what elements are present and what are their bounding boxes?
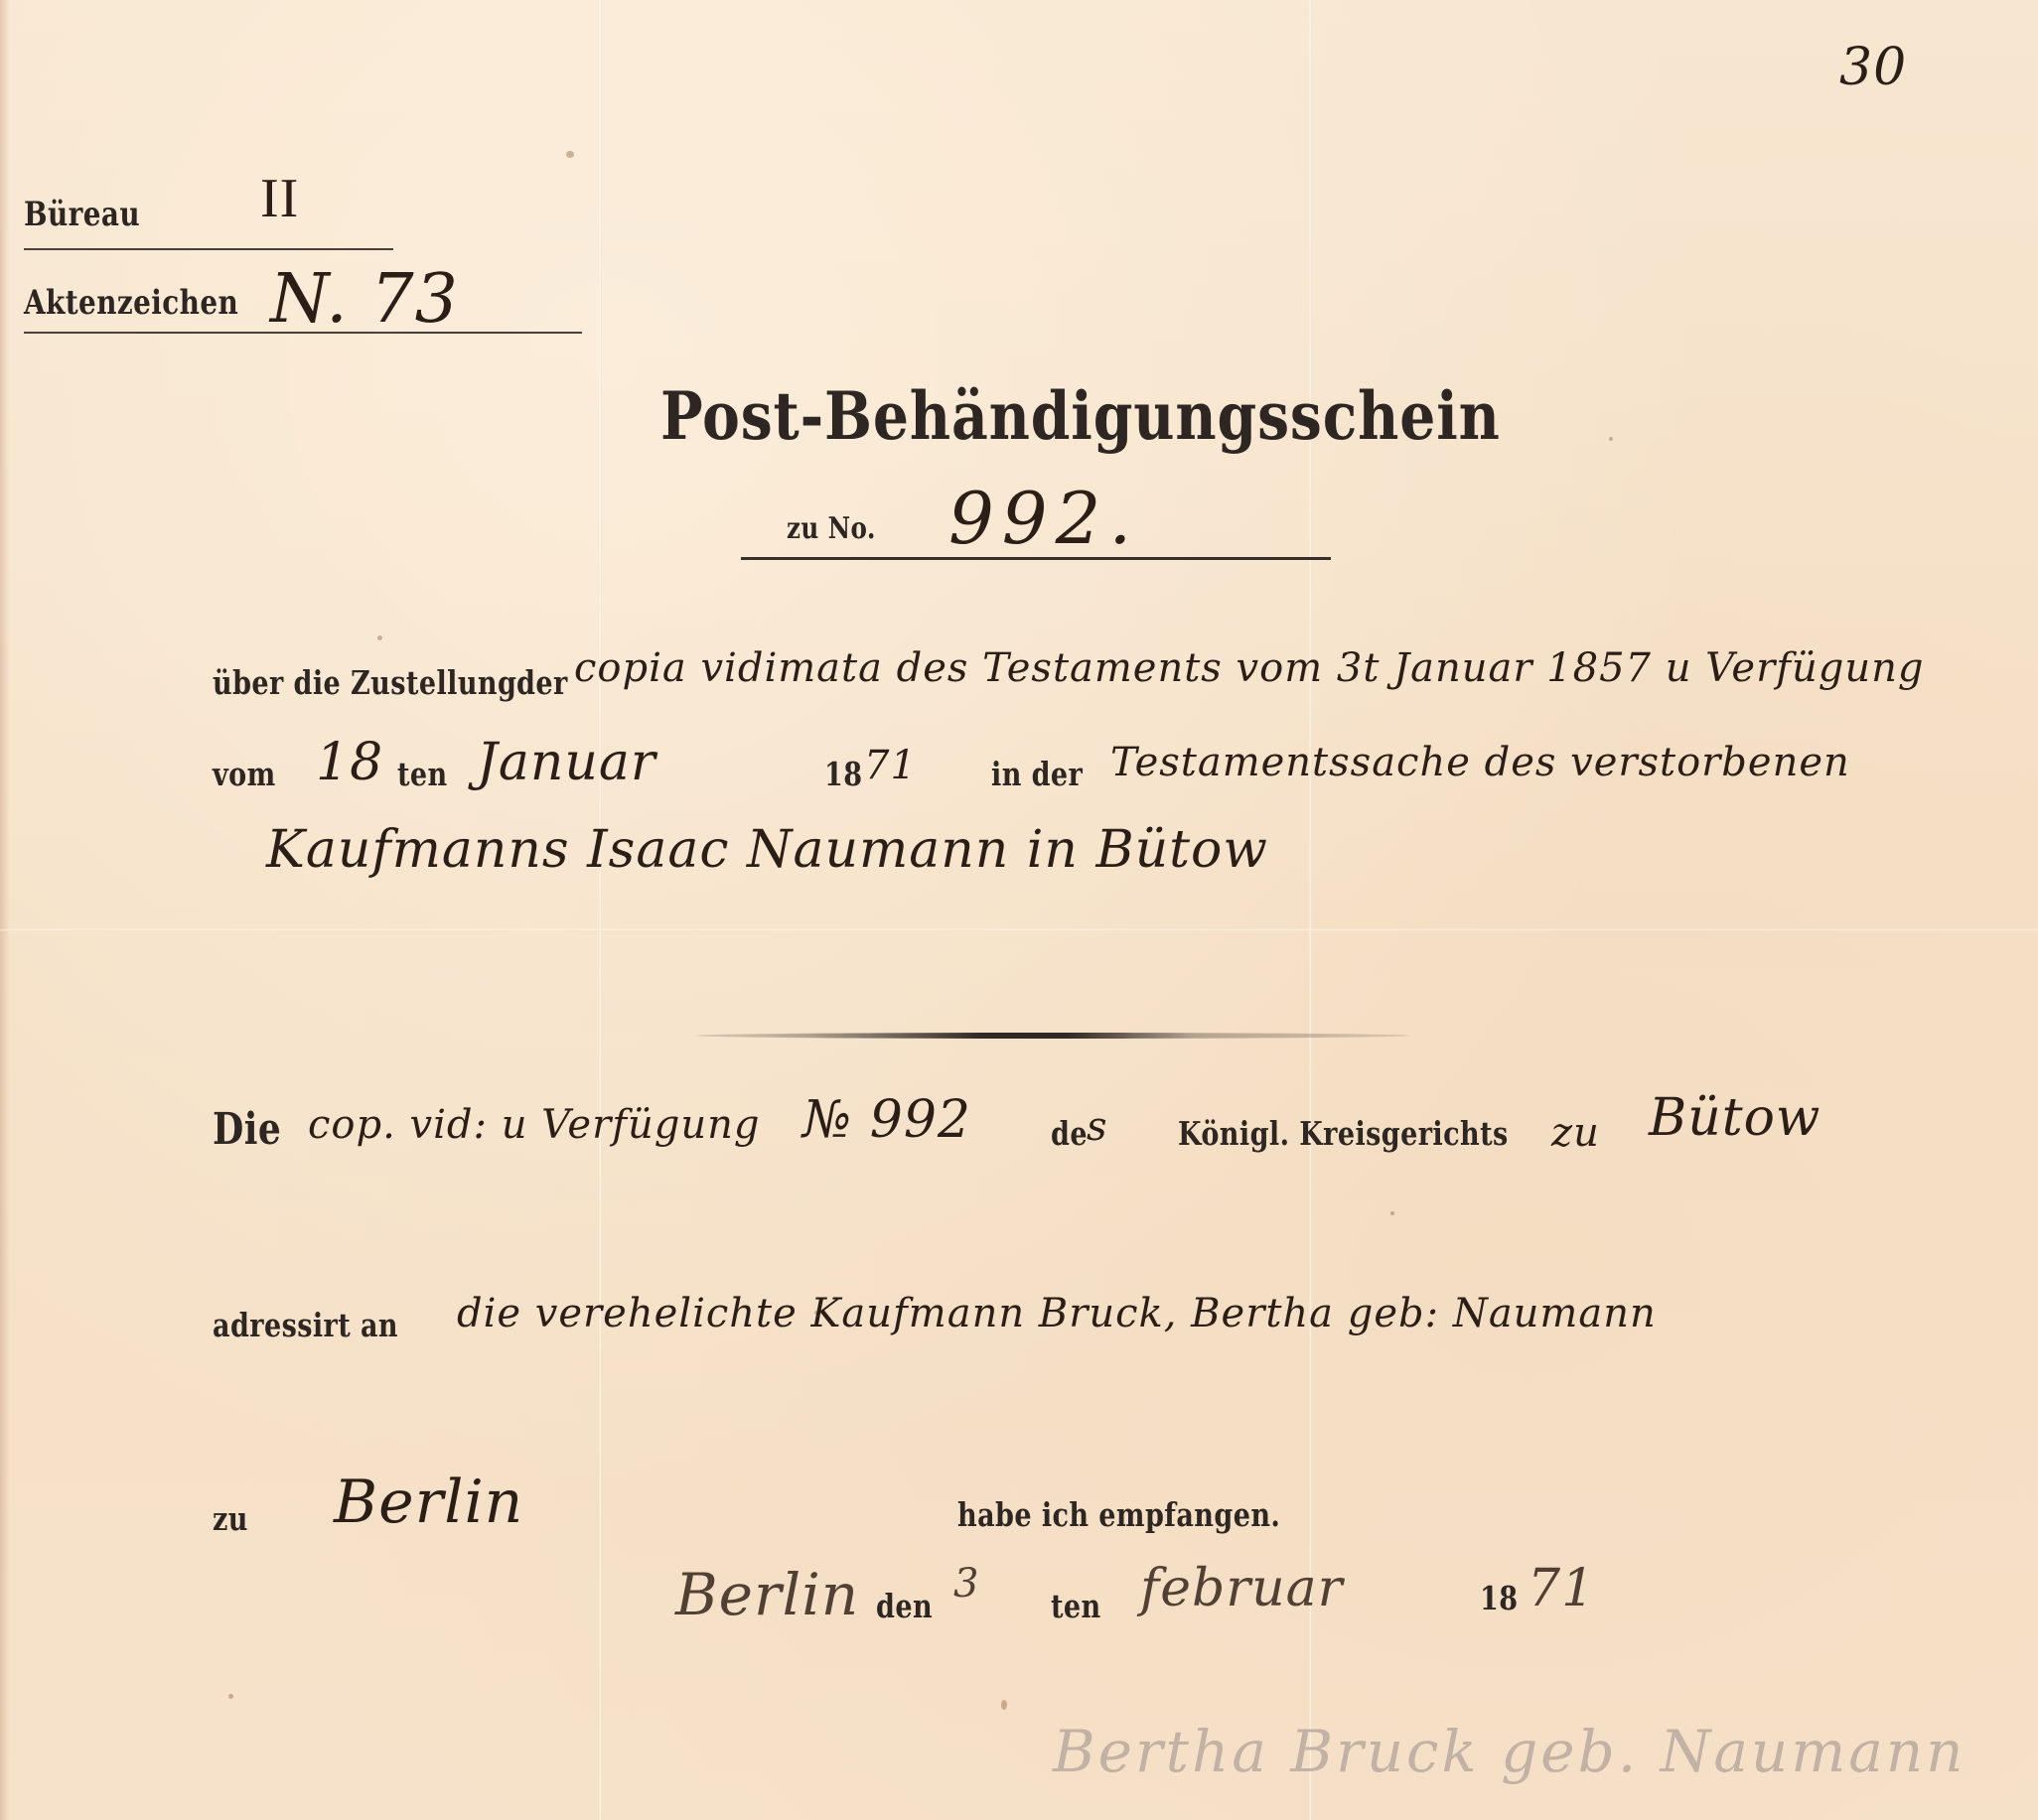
order-year-prefix: 18 (824, 755, 862, 793)
receipt-month: februar (1140, 1559, 1344, 1618)
ten-label: ten (397, 755, 448, 793)
paper-speck (1001, 1700, 1007, 1710)
title-underline (741, 557, 1331, 560)
paper-speck (566, 151, 574, 158)
in-der-label: in der (991, 755, 1083, 793)
fold-line-horizontal (0, 928, 2038, 931)
adressirt-label: adressirt an (213, 1306, 398, 1344)
document-title: Post-Behändigungsschein (660, 377, 1501, 455)
aktenzeichen-label: Aktenzeichen (24, 283, 238, 323)
document-page: 30 Büreau II Aktenzeichen N. 73 Post-Beh… (0, 0, 2038, 1820)
receipt-ten-label: ten (1051, 1587, 1101, 1625)
deceased-name: Kaufmanns Isaac Naumann in Bütow (266, 820, 1268, 880)
receipt-year-prefix: 18 (1480, 1579, 1518, 1617)
zustellung-label: über die Zustellung (213, 663, 516, 702)
zu-city-label: zu (213, 1499, 248, 1538)
receipt-day: 3 (953, 1561, 979, 1607)
der-label: der (516, 663, 568, 702)
document-description: copia vidimata des Testaments vom 3t Jan… (574, 645, 1925, 691)
zu-no-label: zu No. (787, 511, 876, 546)
fold-line-vertical (599, 0, 602, 1820)
zu-label: zu (1551, 1110, 1600, 1156)
received-label: habe ich empfangen. (957, 1495, 1280, 1534)
bureau-label: Büreau (24, 195, 140, 234)
order-year-suffix: 71 (864, 743, 917, 788)
bureau-underline (24, 248, 393, 250)
court-place: Bütow (1649, 1088, 1820, 1148)
de-label: de (1051, 1114, 1088, 1153)
paper-speck (228, 1694, 233, 1699)
receipt-place: Berlin (675, 1561, 859, 1628)
fold-line-vertical (1309, 0, 1312, 1820)
de-suffix: s (1087, 1104, 1108, 1150)
receipt-year-suffix: 71 (1528, 1559, 1595, 1618)
order-number: № 992 (802, 1090, 971, 1150)
destination-city: Berlin (334, 1468, 523, 1537)
vom-label: vom (213, 755, 276, 793)
order-month: Januar (477, 733, 656, 792)
court-name: Königl. Kreisgerichts (1178, 1114, 1509, 1153)
addressee: die verehelichte Kaufmann Bruck, Bertha … (457, 1291, 1657, 1336)
order-day: 18 (316, 733, 383, 792)
bureau-value: II (260, 167, 299, 230)
paper-speck (1609, 437, 1613, 441)
paper-speck (1390, 1211, 1394, 1215)
paper-edge (0, 0, 10, 1820)
aktenzeichen-value: N. 73 (270, 260, 459, 339)
paper-speck (377, 635, 382, 640)
die-label: Die (213, 1104, 281, 1155)
matter-description: Testamentssache des verstorbenen (1110, 740, 1850, 785)
zu-no-value: 992. (948, 477, 1139, 560)
page-number: 30 (1839, 38, 1907, 97)
recipient-signature: Bertha Bruck geb. Naumann (1053, 1718, 1966, 1785)
den-label: den (876, 1587, 933, 1625)
section-divider (695, 1033, 1410, 1039)
aktenzeichen-underline (24, 332, 582, 334)
delivered-document: cop. vid: u Verfügung (308, 1102, 761, 1148)
